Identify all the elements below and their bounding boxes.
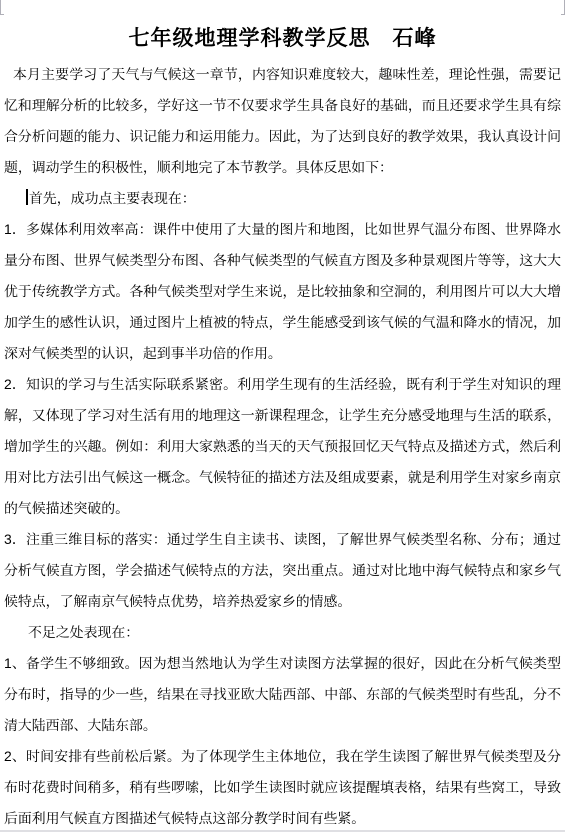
document-page: 七年级地理学科教学反思 石峰 本月主要学习了天气与气候这一章节，内容知识难度较大… <box>0 0 565 832</box>
paragraph-success-point-3: 3．注重三维目标的落实：通过学生自主读书、读图，了解世界气候类型名称、分布；通过… <box>4 524 561 617</box>
paragraph-shortcoming-1: 1、备学生不够细致。因为想当然地认为学生对读图方法掌握的很好，因此在分析气候类型… <box>4 648 561 741</box>
text-cursor <box>26 189 28 205</box>
text-boundary-mark-top-left <box>0 0 4 15</box>
paragraph-intro: 本月主要学习了天气与气候这一章节，内容知识难度较大，趣味性差，理论性强，需要记忆… <box>4 59 561 183</box>
paragraph-success-heading: 首先，成功点主要表现在： <box>4 183 561 214</box>
text-boundary-mark-top-right <box>561 0 565 15</box>
page-title: 七年级地理学科教学反思 石峰 <box>0 0 565 54</box>
paragraph-success-point-1: 1．多媒体利用效率高：课件中使用了大量的图片和地图，比如世界气温分布图、世界降水… <box>4 214 561 369</box>
document-text-area[interactable]: 本月主要学习了天气与气候这一章节，内容知识难度较大，趣味性差，理论性强，需要记忆… <box>0 59 565 832</box>
paragraph-success-point-2: 2．知识的学习与生活实际联系紧密。利用学生现有的生活经验，既有利于学生对知识的理… <box>4 369 561 524</box>
paragraph-shortcoming-2: 2、时间安排有些前松后紧。为了体现学生主体地位，我在学生读图了解世界气候类型及分… <box>4 741 561 832</box>
paragraph-shortcomings-heading: 不足之处表现在： <box>4 617 561 648</box>
paragraph-success-heading-text: 首先，成功点主要表现在： <box>29 190 196 206</box>
